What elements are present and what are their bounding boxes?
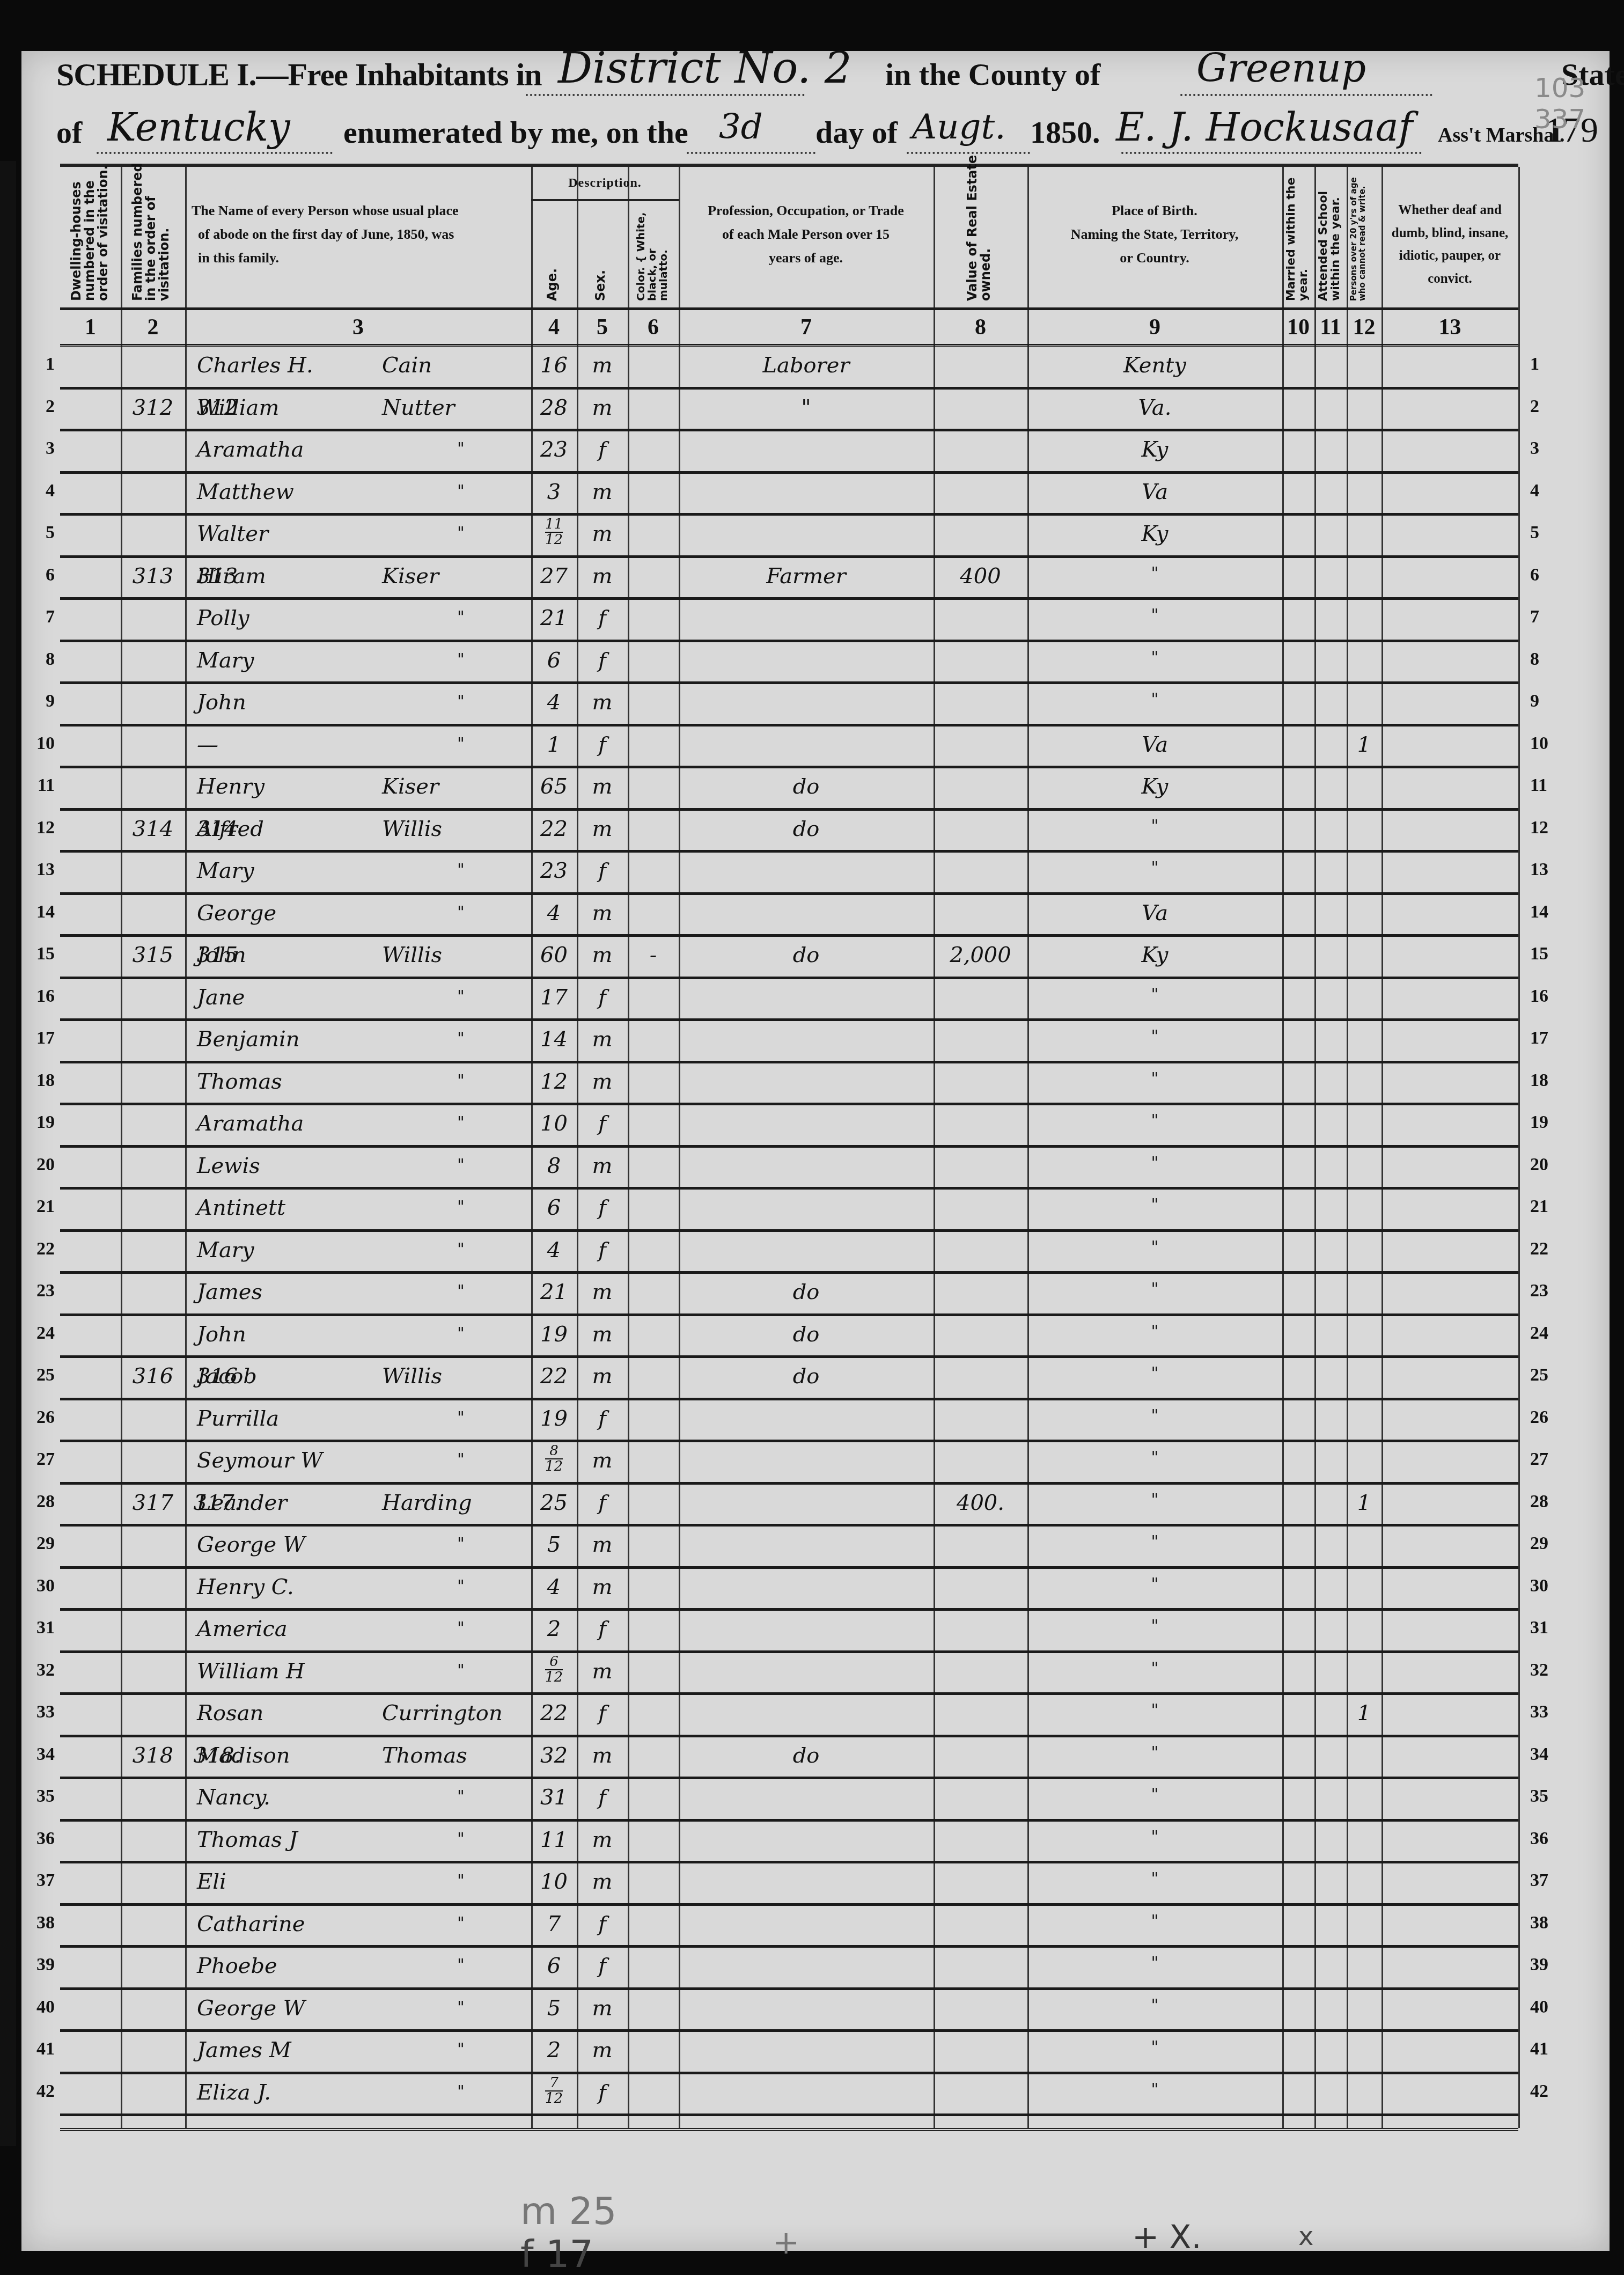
illiterate-cell: 1 [1347, 1491, 1381, 1515]
stamp-number: 103 337 [1534, 72, 1610, 135]
birthplace-cell: " [1027, 817, 1282, 835]
line-number-left: 11 [28, 775, 55, 796]
given-name: Seymour W [197, 1448, 322, 1473]
given-name: Benjamin [197, 1027, 300, 1052]
dwelling-cell: 318 [121, 1743, 185, 1768]
surname: " [457, 482, 465, 501]
table-row: 2929George W"5m" [60, 1526, 1518, 1568]
line-number-right: 18 [1530, 1070, 1562, 1091]
birthplace-cell: " [1027, 1448, 1282, 1467]
given-name: Antinett [197, 1195, 285, 1220]
table-row: 1919Aramatha"10f" [60, 1105, 1518, 1147]
sex-cell: m [577, 817, 628, 841]
occupation-cell: " [679, 395, 934, 420]
surname: Kiser [382, 564, 439, 589]
sex-cell: f [577, 1111, 628, 1136]
age-cell: 2 [531, 2038, 577, 2063]
birthplace-cell: " [1027, 1027, 1282, 1046]
age-cell: 32 [531, 1743, 577, 1768]
table-row: 88Mary"6f" [60, 642, 1518, 684]
col8-header: Value of Real Estateowned. [966, 155, 993, 301]
surname: " [457, 1324, 465, 1343]
colnum-11: 11 [1314, 314, 1347, 347]
surname: " [457, 2082, 465, 2101]
line-number-right: 4 [1530, 481, 1562, 501]
colnum-9: 9 [1027, 314, 1282, 347]
birthplace-cell: Va [1027, 480, 1282, 504]
family-cell: 314 [185, 817, 249, 841]
occupation-cell: Farmer [679, 564, 934, 589]
sex-cell: m [577, 690, 628, 715]
line-number-right: 5 [1530, 523, 1562, 543]
surname: " [457, 1113, 465, 1132]
age-cell: 6 [531, 648, 577, 673]
surname: Currington [382, 1701, 503, 1726]
col10-header: Married within theyear. [1285, 178, 1310, 301]
sex-cell: m [577, 1828, 628, 1852]
birthplace-cell: " [1027, 1996, 1282, 2015]
given-name: Charles H. [197, 353, 313, 378]
line-number-left: 12 [28, 818, 55, 838]
line-number-right: 31 [1530, 1618, 1562, 1638]
sex-cell: f [577, 1491, 628, 1515]
state-underline [97, 152, 333, 154]
birthplace-cell: " [1027, 1322, 1282, 1341]
line-number-right: 39 [1530, 1955, 1562, 1975]
age-cell: 4 [531, 901, 577, 926]
sex-cell: m [577, 2038, 628, 2063]
age-cell: 10 [531, 1111, 577, 1136]
age-cell: 1 [531, 732, 577, 757]
line-number-right: 26 [1530, 1407, 1562, 1428]
birthplace-cell: " [1027, 1828, 1282, 1846]
line-number-left: 15 [28, 944, 55, 964]
age-cell: 21 [531, 606, 577, 630]
dwelling-cell: 314 [121, 817, 185, 841]
sex-cell: f [577, 1785, 628, 1810]
given-name: Henry [197, 774, 264, 799]
given-name: Rosan [197, 1701, 263, 1726]
birthplace-cell: Ky [1027, 774, 1282, 799]
line-number-left: 9 [28, 691, 55, 711]
given-name: — [197, 732, 218, 757]
table-row: 99John"4m" [60, 684, 1518, 726]
table-row: 11Charles H.Cain16mLaborerKenty [60, 347, 1518, 389]
given-name: Aramatha [197, 1111, 304, 1136]
given-name: Purrilla [197, 1406, 279, 1431]
table-row: 3434MadisonThomas318318.32mdo" [60, 1737, 1518, 1779]
line-number-left: 23 [28, 1281, 55, 1301]
col7-header: Profession, Occupation, or Tradeof each … [682, 199, 929, 270]
surname: " [457, 1535, 465, 1553]
line-number-right: 23 [1530, 1281, 1562, 1301]
table-row: 3535Nancy."31f" [60, 1779, 1518, 1821]
col12-header: Persons over 20 y'rs of agewho cannot re… [1350, 177, 1367, 301]
birthplace-cell: " [1027, 858, 1282, 877]
given-name: Eliza J. [197, 2080, 271, 2105]
given-name: George [197, 901, 276, 926]
surname: " [457, 439, 465, 458]
line-number-left: 26 [28, 1407, 55, 1428]
surname: " [457, 650, 465, 669]
surname: " [457, 1872, 465, 1890]
birthplace-cell: " [1027, 1532, 1282, 1551]
line-number-right: 2 [1530, 397, 1562, 417]
line-number-right: 15 [1530, 944, 1562, 964]
age-cell: 7 [531, 1912, 577, 1936]
line-number-left: 24 [28, 1323, 55, 1344]
table-row: 3131America"2f" [60, 1610, 1518, 1653]
table-row: 2222Mary"4f" [60, 1231, 1518, 1274]
colnum-3: 3 [185, 314, 531, 347]
table-row: 1414George"4mVa [60, 894, 1518, 937]
surname: " [457, 1998, 465, 2017]
line-number-left: 1 [28, 354, 55, 375]
colnum-8: 8 [934, 314, 1027, 347]
line-number-right: 33 [1530, 1702, 1562, 1722]
month-underline [907, 152, 1030, 154]
line-number-right: 41 [1530, 2039, 1562, 2059]
colnum-5: 5 [577, 314, 628, 347]
state-value: Kentucky [107, 105, 290, 150]
sex-cell: f [577, 2080, 628, 2105]
given-name: Eli [197, 1869, 226, 1894]
age-cell: 21 [531, 1280, 577, 1304]
sex-cell: m [577, 480, 628, 504]
age-cell: 5 [531, 1532, 577, 1557]
age-cell: 14 [531, 1027, 577, 1052]
age-cell: 22 [531, 1701, 577, 1726]
table-row: 4040George W"5m" [60, 1990, 1518, 2032]
family-cell: 313 [185, 564, 249, 589]
birthplace-cell: " [1027, 1491, 1282, 1509]
surname: " [457, 1282, 465, 1301]
given-name: John [197, 690, 246, 715]
table-row: 2020Lewis"8m" [60, 1147, 1518, 1190]
birthplace-cell: " [1027, 1111, 1282, 1130]
dwelling-cell: 313 [121, 564, 185, 589]
age-cell: 23 [531, 437, 577, 462]
col4-header: Age. [546, 268, 559, 301]
birthplace-cell: " [1027, 2080, 1282, 2099]
line-number-right: 13 [1530, 860, 1562, 880]
age-cell: 19 [531, 1406, 577, 1431]
birthplace-cell: " [1027, 1406, 1282, 1425]
birthplace-cell: " [1027, 690, 1282, 709]
birthplace-cell: " [1027, 1912, 1282, 1931]
given-name: Aramatha [197, 437, 304, 462]
occupation-cell: do [679, 943, 934, 967]
surname: " [457, 861, 465, 879]
occupation-cell: do [679, 774, 934, 799]
line-number-right: 32 [1530, 1660, 1562, 1680]
real-estate-cell: 400 [934, 564, 1027, 589]
birthplace-cell: Kenty [1027, 353, 1282, 378]
tally-mark-3: x [1298, 2221, 1313, 2251]
line-number-left: 10 [28, 733, 55, 754]
line-number-right: 8 [1530, 649, 1562, 670]
line-number-left: 19 [28, 1112, 55, 1133]
line-number-left: 30 [28, 1576, 55, 1596]
birthplace-cell: " [1027, 1701, 1282, 1720]
age-cell: 17 [531, 985, 577, 1010]
given-name: Mary [197, 1238, 254, 1263]
family-cell: 316 [185, 1364, 249, 1389]
line-number-right: 9 [1530, 691, 1562, 711]
line-number-left: 37 [28, 1870, 55, 1891]
occupation-cell: Laborer [679, 353, 934, 378]
surname: " [457, 1408, 465, 1427]
line-number-left: 4 [28, 481, 55, 501]
description-group-label: Description. [531, 172, 679, 194]
sex-cell: m [577, 564, 628, 589]
age-cell: 19 [531, 1322, 577, 1347]
line-number-left: 34 [28, 1744, 55, 1765]
county-label: in the County of [885, 56, 1100, 92]
birthplace-cell: " [1027, 606, 1282, 625]
surname: " [457, 1956, 465, 1975]
line-number-left: 17 [28, 1028, 55, 1048]
sex-cell: f [577, 985, 628, 1010]
table-row: 1111HenryKiser65mdoKy [60, 768, 1518, 810]
given-name: Phoebe [197, 1954, 277, 1978]
colnum-1: 1 [60, 314, 121, 347]
table-row: 66HiramKiser31331327mFarmer400" [60, 557, 1518, 600]
sex-cell: m [577, 1659, 628, 1684]
birthplace-cell: " [1027, 1954, 1282, 1972]
age-cell: 28 [531, 395, 577, 420]
table-row: 2121Antinett"6f" [60, 1189, 1518, 1231]
table-row: 2424John"19mdo" [60, 1316, 1518, 1358]
illiterate-cell: 1 [1347, 732, 1381, 757]
dwelling-cell: 316 [121, 1364, 185, 1389]
sex-cell: m [577, 1027, 628, 1052]
sex-cell: f [577, 606, 628, 630]
schedule-title: SCHEDULE I.—Free Inhabitants in [56, 56, 542, 93]
age-cell: 31 [531, 1785, 577, 1810]
given-name: Thomas J [197, 1828, 298, 1852]
colnum-2: 2 [121, 314, 185, 347]
sex-cell: f [577, 437, 628, 462]
surname: " [457, 1914, 465, 1933]
col1-header: Dwelling-housesnumbered in theorder of v… [70, 165, 111, 301]
line-number-left: 28 [28, 1492, 55, 1512]
table-row: 1515JohnWillis31531560m-do2,000Ky [60, 936, 1518, 979]
given-name: George W [197, 1532, 305, 1557]
given-name: James [197, 1280, 262, 1304]
line-number-left: 6 [28, 565, 55, 585]
age-cell: 5 [531, 1996, 577, 2021]
sex-cell: f [577, 1195, 628, 1220]
county-underline [1180, 94, 1432, 96]
birthplace-cell: " [1027, 1869, 1282, 1888]
age-cell: 6 [531, 1195, 577, 1220]
age-cell: 4 [531, 1575, 577, 1599]
line-number-right: 35 [1530, 1786, 1562, 1807]
sex-cell: m [577, 1154, 628, 1178]
occupation-cell: do [679, 1280, 934, 1304]
age-cell: 11 [531, 1828, 577, 1852]
sex-cell: f [577, 648, 628, 673]
line-number-left: 40 [28, 1997, 55, 2017]
age-cell: 23 [531, 858, 577, 883]
given-name: America [197, 1617, 288, 1641]
age-cell: 10 [531, 1869, 577, 1894]
line-number-left: 22 [28, 1239, 55, 1259]
table-row: 4141James M"2m" [60, 2031, 1518, 2074]
dwelling-cell: 317 [121, 1491, 185, 1515]
given-name: Thomas [197, 1069, 282, 1094]
birthplace-cell: " [1027, 2038, 1282, 2057]
birthplace-cell: " [1027, 1069, 1282, 1088]
colnum-10: 10 [1282, 314, 1314, 347]
given-name: George W [197, 1996, 305, 2021]
occupation-cell: do [679, 1364, 934, 1389]
color-cell: - [628, 943, 679, 967]
age-cell: 22 [531, 817, 577, 841]
given-name: John [197, 1322, 246, 1347]
sex-cell: m [577, 1069, 628, 1094]
birthplace-cell: " [1027, 1238, 1282, 1257]
birthplace-cell: " [1027, 1617, 1282, 1635]
occupation-cell: do [679, 1743, 934, 1768]
age-cell: 60 [531, 943, 577, 967]
table-row: 1313Mary"23f" [60, 852, 1518, 894]
district-underline [526, 94, 805, 96]
given-name: Nancy. [197, 1785, 270, 1810]
surname: Cain [382, 353, 432, 378]
age-cell: 6 [531, 1954, 577, 1978]
line-number-right: 6 [1530, 565, 1562, 585]
county-value: Greenup [1196, 46, 1366, 91]
given-name: Catharine [197, 1912, 305, 1936]
table-row: 3838Catharine"7f" [60, 1905, 1518, 1948]
surname: Willis [382, 1364, 442, 1389]
film-edge [0, 161, 16, 2146]
day-value: 3d [719, 107, 763, 147]
given-name: William H [197, 1659, 305, 1684]
line-number-left: 42 [28, 2081, 55, 2102]
sex-cell: m [577, 522, 628, 546]
real-estate-cell: 2,000 [934, 943, 1027, 967]
col9-header: Place of Birth.Naming the State, Territo… [1031, 199, 1278, 270]
line-number-left: 29 [28, 1533, 55, 1554]
table-row: 3232William H"612m" [60, 1653, 1518, 1695]
table-row: 1616Jane"17f" [60, 979, 1518, 1021]
sex-cell: m [577, 1869, 628, 1894]
age-cell: 22 [531, 1364, 577, 1389]
line-number-left: 7 [28, 607, 55, 627]
sex-cell: m [577, 353, 628, 378]
surname: " [457, 1240, 465, 1259]
table-row: 4242Eliza J."712f" [60, 2074, 1518, 2116]
age-cell: 27 [531, 564, 577, 589]
line-number-right: 1 [1530, 354, 1562, 375]
marshal-name: E. J. Hockusaaf [1116, 105, 1413, 150]
line-number-left: 27 [28, 1449, 55, 1470]
line-number-right: 11 [1530, 775, 1562, 796]
table-row: 2525JacobWillis31631622mdo" [60, 1357, 1518, 1400]
age-cell: 1112 [531, 517, 577, 548]
sex-cell: m [577, 943, 628, 967]
surname: " [457, 1072, 465, 1090]
sex-cell: f [577, 1406, 628, 1431]
census-page: SCHEDULE I.—Free Inhabitants in District… [21, 51, 1610, 2251]
line-number-right: 40 [1530, 1997, 1562, 2017]
marshal-underline [1121, 152, 1422, 154]
line-number-right: 27 [1530, 1449, 1562, 1470]
district-value: District No. 2 [558, 43, 852, 93]
census-table: Description. The Name of every Person wh… [60, 164, 1518, 2131]
col2-header: Families numberedin the order ofvisitati… [131, 163, 172, 301]
birthplace-cell: " [1027, 1575, 1282, 1594]
sex-cell: m [577, 774, 628, 799]
given-name: Walter [197, 522, 268, 546]
line-number-right: 10 [1530, 733, 1562, 754]
line-number-left: 21 [28, 1197, 55, 1217]
surname: " [457, 1450, 465, 1469]
sex-cell: m [577, 1448, 628, 1473]
tally-mark-2: + X. [1132, 2219, 1202, 2256]
sex-cell: f [577, 1238, 628, 1263]
line-number-right: 7 [1530, 607, 1562, 627]
surname: " [457, 608, 465, 627]
surname: " [457, 1661, 465, 1680]
line-number-right: 42 [1530, 2081, 1562, 2102]
sex-cell: f [577, 858, 628, 883]
line-number-right: 38 [1530, 1913, 1562, 1933]
surname: " [457, 1577, 465, 1596]
line-number-left: 39 [28, 1955, 55, 1975]
table-row: 2626Purrilla"19f" [60, 1400, 1518, 1442]
surname: Willis [382, 817, 442, 841]
table-row: 2323James"21mdo" [60, 1273, 1518, 1316]
birthplace-cell: " [1027, 564, 1282, 583]
header-rule [60, 307, 1518, 310]
line-number-left: 14 [28, 902, 55, 922]
table-row: 22WilliamNutter31231228m"Va. [60, 389, 1518, 431]
year-label: 1850. [1030, 114, 1100, 150]
birthplace-cell: " [1027, 1785, 1282, 1804]
tally-males: m 25 [520, 2189, 617, 2233]
surname: " [457, 1156, 465, 1175]
col6-header: Color. { White,black, ormulatto. [635, 212, 669, 301]
table-row: 44Matthew"3mVa [60, 473, 1518, 516]
age-cell: 16 [531, 353, 577, 378]
surname: " [457, 735, 465, 753]
table-row: 1010—"1fVa1 [60, 726, 1518, 768]
line-number-left: 35 [28, 1786, 55, 1807]
sex-cell: m [577, 1364, 628, 1389]
row-rule [60, 2113, 1518, 2116]
surname: " [457, 1029, 465, 1048]
table-row: 3636Thomas J"11m" [60, 1821, 1518, 1863]
birthplace-cell: " [1027, 648, 1282, 667]
dwelling-cell: 312 [121, 395, 185, 420]
line-number-left: 3 [28, 438, 55, 459]
line-number-right: 16 [1530, 986, 1562, 1007]
surname: " [457, 524, 465, 542]
age-cell: 25 [531, 1491, 577, 1515]
given-name: Polly [197, 606, 249, 630]
given-name: James M [197, 2038, 291, 2063]
table-row: 1818Thomas"12m" [60, 1063, 1518, 1105]
age-cell: 812 [531, 1444, 577, 1474]
real-estate-cell: 400. [934, 1491, 1027, 1515]
surname: " [457, 1619, 465, 1638]
age-cell: 65 [531, 774, 577, 799]
col3-header: The Name of every Person whose usual pla… [192, 199, 524, 270]
